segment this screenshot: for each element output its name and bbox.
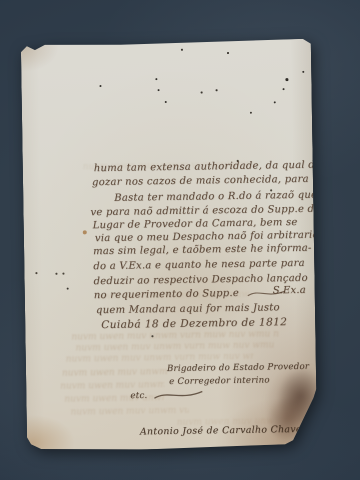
manuscript-line: via que o meu Despacho naõ foi arbitrari… <box>95 230 319 245</box>
manuscript-line: do a V.Ex.a e quanto he nesa parte para <box>93 258 305 272</box>
ink-speck <box>227 52 229 54</box>
manuscript-line: Lugar de Provedor da Camara, bem se <box>93 217 298 231</box>
manuscript-line-text: no requerimento do Supp.e <box>94 288 239 301</box>
ink-speck <box>302 71 304 73</box>
ink-speck <box>35 272 37 274</box>
ink-speck <box>158 89 160 91</box>
ink-speck <box>151 335 153 337</box>
ink-speck <box>283 88 285 90</box>
bleed-through-text: nuvm uwen muv unwm vurn muw nuv wmu nvum… <box>76 340 274 353</box>
date-line: Cuiabá 18 de Dezembro de 1812 <box>101 316 287 331</box>
manuscript-line: gozar nos cazos de mais conhecida, para … <box>92 173 332 188</box>
ink-speck <box>181 49 183 51</box>
paper-sheet-wrap: nuvm uwen muv unwm vurn muw nuv wmu nvum… <box>24 41 314 449</box>
ink-speck <box>216 89 218 91</box>
ink-speck <box>201 91 203 93</box>
etc-abbrev: etc. <box>130 391 147 401</box>
paper-sheet: nuvm uwen muv unwm vurn muw nuv wmu nvum… <box>21 39 317 452</box>
signature-block-line: etc. <box>130 387 204 402</box>
ink-speck <box>83 230 87 234</box>
bleed-through-text: nuvm uwen muv unwm vurn muw nuv wmu nvum… <box>71 406 189 418</box>
bleed-through-text: nuvm uwen muv unwm vurn muw nuv wmu nvum… <box>62 367 170 379</box>
ink-speck <box>250 112 252 114</box>
manuscript-line: Basta ter mandado o R.do á razaõ que te- <box>114 189 335 203</box>
ink-speck <box>285 78 288 81</box>
signature-block-line: e Corregedor interino <box>169 375 270 387</box>
rubric-flourish-icon <box>152 387 204 402</box>
manuscript-line: no requerimento do Supp.e <box>94 287 287 301</box>
ink-speck <box>155 78 157 80</box>
ink-speck <box>55 273 57 275</box>
manuscript-line: quem Mandara aqui for mais Justo <box>96 302 280 316</box>
bleed-through-text: nuvm uwen muv unwm vurn muw nuv wmu nvum… <box>71 329 279 342</box>
manuscript-line: mas sim legal, e taõbem este he informa- <box>93 243 312 257</box>
manuscript-line: ve para naõ admittir á escoza do Supp.e … <box>90 204 320 219</box>
ink-speck <box>62 273 64 275</box>
photo-of-manuscript: nuvm uwen muv unwm vurn muw nuv wmu nvum… <box>0 0 360 480</box>
ink-speck <box>99 85 101 87</box>
ink-speck <box>67 288 69 290</box>
manuscript-line: huma tam extensa authoridade, da qual de… <box>94 159 334 174</box>
superior-reference-abbrev: S.Ex.a <box>273 285 306 297</box>
ink-speck <box>165 101 167 103</box>
ink-speck <box>274 101 276 103</box>
